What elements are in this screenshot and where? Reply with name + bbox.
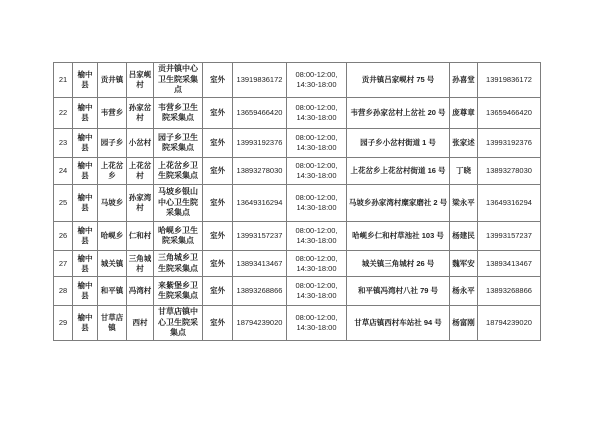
serial-cell: 29 xyxy=(54,306,73,341)
phone-cell: 13893413467 xyxy=(233,251,287,277)
village-cell: 仁和村 xyxy=(127,222,154,251)
table-body: 21 榆中县 贡井镇 吕家岘村 贡井镇中心卫生院采集点 室外 139198361… xyxy=(54,63,541,341)
address-cell: 贡井镇吕家岘村 75 号 xyxy=(347,63,450,98)
time-cell: 08:00-12:00, 14:30-18:00 xyxy=(287,129,347,158)
address-cell: 上花岔乡上花岔村街道 16 号 xyxy=(347,158,450,185)
phone-cell: 13893268866 xyxy=(233,277,287,306)
time-cell: 08:00-12:00, 14:30-18:00 xyxy=(287,63,347,98)
site-cell: 韦营乡卫生院采集点 xyxy=(154,98,203,129)
contact-cell: 杨富刚 xyxy=(450,306,478,341)
county-cell: 榆中县 xyxy=(73,222,98,251)
indoor-outdoor-cell: 室外 xyxy=(203,222,233,251)
contact-phone-cell: 13649316294 xyxy=(478,185,541,222)
table-row: 27 榆中县 城关镇 三角城村 三角城乡卫生院采集点 室外 1389341346… xyxy=(54,251,541,277)
town-cell: 马坡乡 xyxy=(98,185,127,222)
indoor-outdoor-cell: 室外 xyxy=(203,306,233,341)
county-cell: 榆中县 xyxy=(73,277,98,306)
phone-cell: 13659466420 xyxy=(233,98,287,129)
village-cell: 三角城村 xyxy=(127,251,154,277)
phone-cell: 13993157237 xyxy=(233,222,287,251)
serial-cell: 27 xyxy=(54,251,73,277)
address-cell: 韦营乡孙家岔村上岔社 20 号 xyxy=(347,98,450,129)
document-page: 21 榆中县 贡井镇 吕家岘村 贡井镇中心卫生院采集点 室外 139198361… xyxy=(0,0,600,424)
site-cell: 园子乡卫生院采集点 xyxy=(154,129,203,158)
table-row: 21 榆中县 贡井镇 吕家岘村 贡井镇中心卫生院采集点 室外 139198361… xyxy=(54,63,541,98)
serial-cell: 21 xyxy=(54,63,73,98)
phone-cell: 18794239020 xyxy=(233,306,287,341)
county-cell: 榆中县 xyxy=(73,185,98,222)
table-row: 25 榆中县 马坡乡 孙家湾村 马坡乡银山中心卫生院采集点 室外 1364931… xyxy=(54,185,541,222)
serial-cell: 23 xyxy=(54,129,73,158)
table-row: 24 榆中县 上花岔乡 上花岔村 上花岔乡卫生院采集点 室外 138932780… xyxy=(54,158,541,185)
phone-cell: 13649316294 xyxy=(233,185,287,222)
county-cell: 榆中县 xyxy=(73,98,98,129)
site-cell: 马坡乡银山中心卫生院采集点 xyxy=(154,185,203,222)
indoor-outdoor-cell: 室外 xyxy=(203,277,233,306)
time-cell: 08:00-12:00, 14:30-18:00 xyxy=(287,251,347,277)
contact-cell: 张家述 xyxy=(450,129,478,158)
indoor-outdoor-cell: 室外 xyxy=(203,251,233,277)
contact-phone-cell: 18794239020 xyxy=(478,306,541,341)
town-cell: 甘草店镇 xyxy=(98,306,127,341)
address-cell: 城关镇三角城村 26 号 xyxy=(347,251,450,277)
county-cell: 榆中县 xyxy=(73,251,98,277)
table-row: 29 榆中县 甘草店镇 西村 甘草店镇中心卫生院采集点 室外 187942390… xyxy=(54,306,541,341)
time-cell: 08:00-12:00, 14:30-18:00 xyxy=(287,185,347,222)
contact-cell: 庞尊章 xyxy=(450,98,478,129)
address-cell: 甘草店镇西村车站社 94 号 xyxy=(347,306,450,341)
address-cell: 和平镇冯湾村八社 79 号 xyxy=(347,277,450,306)
site-cell: 来紫堡乡卫生院采集点 xyxy=(154,277,203,306)
village-cell: 吕家岘村 xyxy=(127,63,154,98)
contact-phone-cell: 13993157237 xyxy=(478,222,541,251)
table-row: 22 榆中县 韦营乡 孙家岔村 韦营乡卫生院采集点 室外 13659466420… xyxy=(54,98,541,129)
village-cell: 冯湾村 xyxy=(127,277,154,306)
village-cell: 孙家湾村 xyxy=(127,185,154,222)
village-cell: 上花岔村 xyxy=(127,158,154,185)
address-cell: 马坡乡孙家湾村糜家磨社 2 号 xyxy=(347,185,450,222)
contact-phone-cell: 13893268866 xyxy=(478,277,541,306)
town-cell: 哈岘乡 xyxy=(98,222,127,251)
time-cell: 08:00-12:00, 14:30-18:00 xyxy=(287,222,347,251)
serial-cell: 24 xyxy=(54,158,73,185)
village-cell: 小岔村 xyxy=(127,129,154,158)
indoor-outdoor-cell: 室外 xyxy=(203,129,233,158)
contact-cell: 魏军安 xyxy=(450,251,478,277)
site-cell: 三角城乡卫生院采集点 xyxy=(154,251,203,277)
address-cell: 哈岘乡仁和村草池社 103 号 xyxy=(347,222,450,251)
time-cell: 08:00-12:00, 14:30-18:00 xyxy=(287,98,347,129)
phone-cell: 13993192376 xyxy=(233,129,287,158)
town-cell: 上花岔乡 xyxy=(98,158,127,185)
serial-cell: 28 xyxy=(54,277,73,306)
contact-cell: 丁晓 xyxy=(450,158,478,185)
contact-phone-cell: 13659466420 xyxy=(478,98,541,129)
town-cell: 贡井镇 xyxy=(98,63,127,98)
indoor-outdoor-cell: 室外 xyxy=(203,63,233,98)
county-cell: 榆中县 xyxy=(73,306,98,341)
site-cell: 上花岔乡卫生院采集点 xyxy=(154,158,203,185)
indoor-outdoor-cell: 室外 xyxy=(203,158,233,185)
village-cell: 孙家岔村 xyxy=(127,98,154,129)
phone-cell: 13919836172 xyxy=(233,63,287,98)
indoor-outdoor-cell: 室外 xyxy=(203,185,233,222)
contact-cell: 杨建民 xyxy=(450,222,478,251)
serial-cell: 22 xyxy=(54,98,73,129)
time-cell: 08:00-12:00, 14:30-18:00 xyxy=(287,306,347,341)
county-cell: 榆中县 xyxy=(73,129,98,158)
table-row: 26 榆中县 哈岘乡 仁和村 哈岘乡卫生院采集点 室外 13993157237 … xyxy=(54,222,541,251)
site-cell: 哈岘乡卫生院采集点 xyxy=(154,222,203,251)
town-cell: 韦营乡 xyxy=(98,98,127,129)
contact-phone-cell: 13893278030 xyxy=(478,158,541,185)
county-cell: 榆中县 xyxy=(73,158,98,185)
contact-phone-cell: 13993192376 xyxy=(478,129,541,158)
contact-cell: 梁永平 xyxy=(450,185,478,222)
address-cell: 园子乡小岔村街道 1 号 xyxy=(347,129,450,158)
contact-phone-cell: 13919836172 xyxy=(478,63,541,98)
sampling-points-table: 21 榆中县 贡井镇 吕家岘村 贡井镇中心卫生院采集点 室外 139198361… xyxy=(53,62,541,341)
site-cell: 甘草店镇中心卫生院采集点 xyxy=(154,306,203,341)
serial-cell: 26 xyxy=(54,222,73,251)
contact-cell: 孙喜堂 xyxy=(450,63,478,98)
village-cell: 西村 xyxy=(127,306,154,341)
serial-cell: 25 xyxy=(54,185,73,222)
indoor-outdoor-cell: 室外 xyxy=(203,98,233,129)
contact-phone-cell: 13893413467 xyxy=(478,251,541,277)
time-cell: 08:00-12:00, 14:30-18:00 xyxy=(287,277,347,306)
county-cell: 榆中县 xyxy=(73,63,98,98)
table-row: 23 榆中县 园子乡 小岔村 园子乡卫生院采集点 室外 13993192376 … xyxy=(54,129,541,158)
site-cell: 贡井镇中心卫生院采集点 xyxy=(154,63,203,98)
phone-cell: 13893278030 xyxy=(233,158,287,185)
town-cell: 和平镇 xyxy=(98,277,127,306)
town-cell: 园子乡 xyxy=(98,129,127,158)
town-cell: 城关镇 xyxy=(98,251,127,277)
contact-cell: 杨永平 xyxy=(450,277,478,306)
time-cell: 08:00-12:00, 14:30-18:00 xyxy=(287,158,347,185)
table-row: 28 榆中县 和平镇 冯湾村 来紫堡乡卫生院采集点 室外 13893268866… xyxy=(54,277,541,306)
